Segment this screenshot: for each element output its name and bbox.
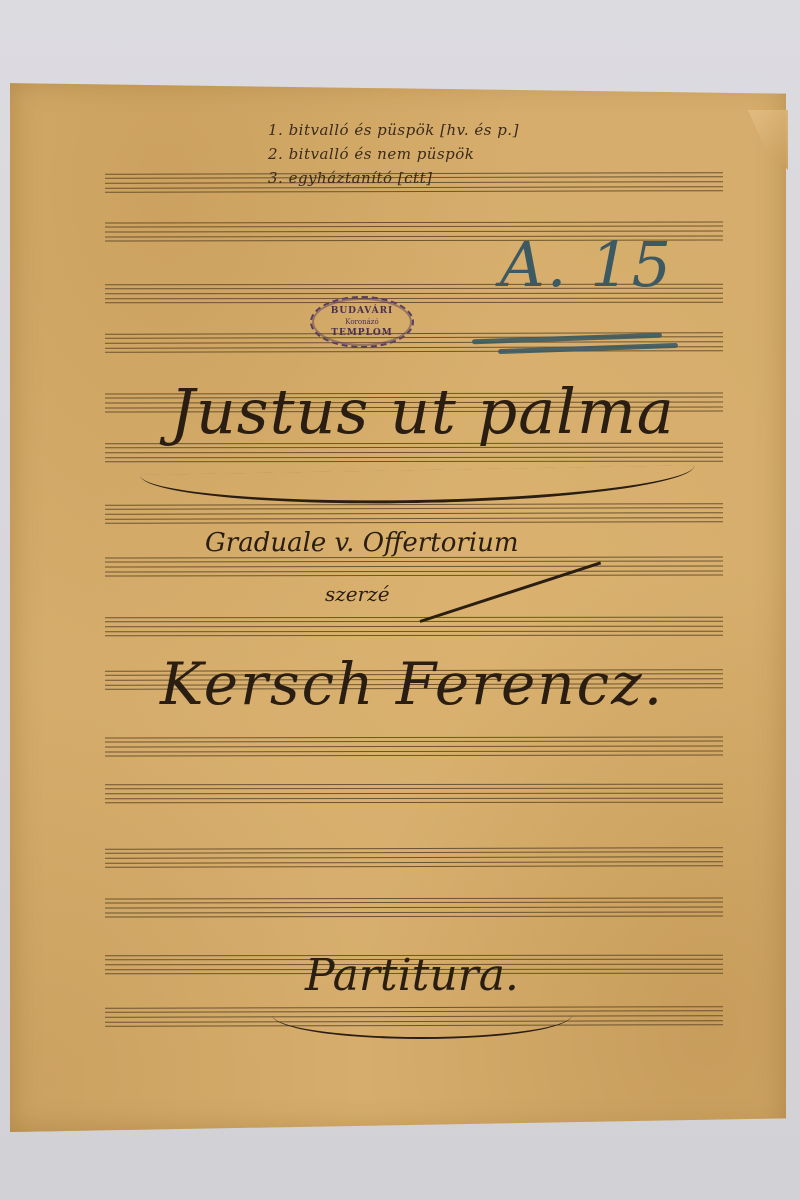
stamp-line-2: Koronázó: [345, 317, 378, 328]
staff-line: [105, 847, 723, 850]
staff-line: [105, 851, 723, 854]
staff-line: [105, 617, 723, 619]
staff-line: [105, 350, 723, 353]
staff-line: [105, 221, 723, 223]
handwritten-annotations: 1. bitvalló és püspök [hv. és p.] 2. bit…: [268, 118, 519, 190]
by-label: szerzé: [325, 582, 390, 606]
stamp-line-1: BUDAVÁRI: [331, 306, 394, 317]
staff-line: [105, 793, 723, 795]
staff-line: [105, 452, 723, 454]
staff-line: [105, 745, 723, 747]
staff-line: [105, 560, 723, 562]
annotation-line: 3. egyháztanító [ctt]: [268, 166, 519, 190]
staff-line: [105, 635, 723, 637]
score-designation: Partitura.: [305, 950, 519, 1001]
staff-line: [105, 503, 723, 506]
staff-line: [105, 1006, 723, 1009]
staff-line: [105, 736, 723, 738]
staff-line: [105, 521, 723, 524]
staff-line: [105, 740, 723, 742]
staff-line: [105, 788, 723, 790]
staff-line: [105, 802, 723, 804]
staff: [105, 503, 723, 525]
staff-line: [105, 754, 723, 756]
staff-line: [105, 570, 723, 572]
staff: [105, 897, 723, 918]
staff-line: [105, 750, 723, 752]
staff-line: [105, 897, 723, 899]
staff: [105, 847, 723, 869]
composer-name: Kersch Ferencz.: [160, 650, 664, 718]
staff-line: [105, 861, 723, 864]
library-stamp: BUDAVÁRI Koronázó TEMPLOM: [310, 296, 414, 348]
staff-line: [105, 856, 723, 859]
shelfmark: A. 15: [500, 228, 673, 301]
staff-line: [105, 784, 723, 786]
staff-line: [105, 302, 723, 304]
staff-line: [105, 631, 723, 633]
staff-line: [105, 901, 723, 903]
annotation-line: 2. bitvalló és nem püspök: [268, 142, 519, 166]
staff-line: [105, 865, 723, 868]
staff-line: [105, 574, 723, 576]
staff-line: [105, 190, 723, 193]
staff-line: [105, 565, 723, 567]
staff-line: [105, 512, 723, 515]
staff-line: [105, 457, 723, 459]
staff: [105, 556, 723, 577]
stamp-line-3: TEMPLOM: [331, 328, 392, 339]
staff: [105, 617, 723, 638]
staff-line: [105, 915, 723, 917]
staff-line: [105, 906, 723, 908]
work-subtitle: Graduale v. Offertorium: [205, 528, 519, 558]
staff-line: [105, 1010, 723, 1013]
staff-line: [105, 341, 723, 344]
staff: [105, 784, 723, 805]
staff-line: [105, 517, 723, 520]
staff-line: [105, 911, 723, 913]
staff-line: [105, 798, 723, 800]
staff-line: [105, 626, 723, 628]
staff-line: [105, 461, 723, 463]
staff-line: [105, 507, 723, 510]
staff-line: [105, 621, 723, 623]
work-title: Justus ut palma: [170, 375, 675, 448]
annotation-line: 1. bitvalló és püspök [hv. és p.]: [268, 118, 519, 142]
staff: [105, 736, 723, 757]
